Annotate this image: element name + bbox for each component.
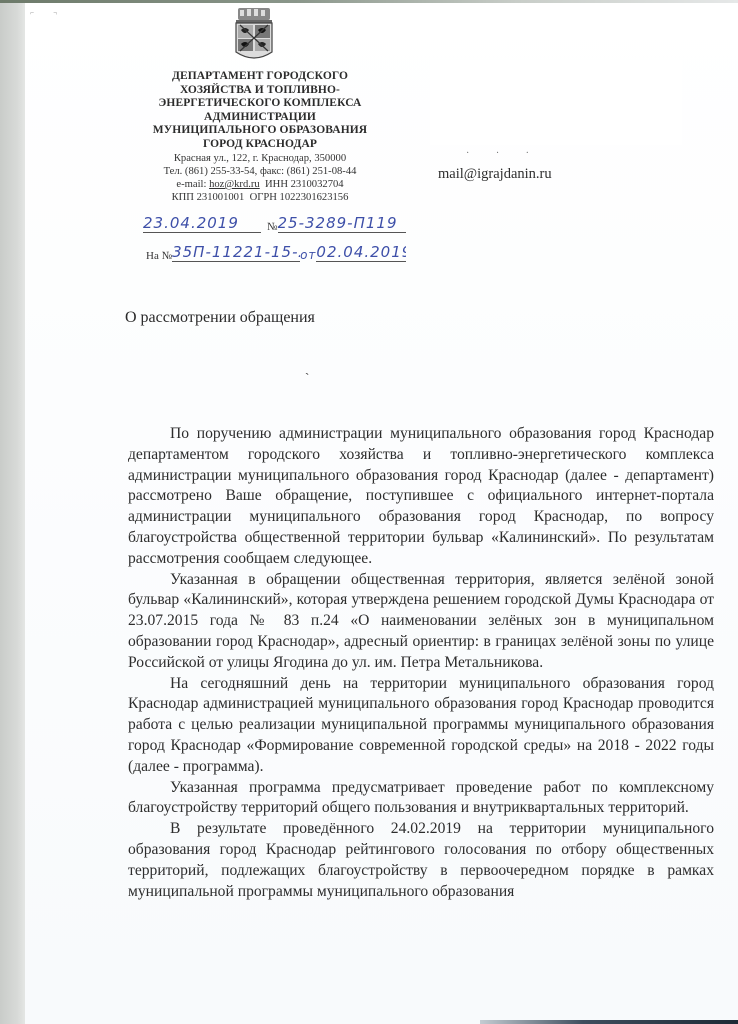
- body-paragraph: В результате проведённого 24.02.2019 на …: [128, 819, 714, 902]
- body-paragraph: Указанная программа предусматривает пров…: [128, 778, 714, 820]
- coat-of-arms-icon: [232, 8, 276, 64]
- reply-reference-line: На № 35П-11221-15-2 от 02.04.2019: [146, 243, 406, 262]
- registration-line: 23.04.2019 № 25-3289-П119: [143, 214, 406, 233]
- org-name-line: МУНИЦИПАЛЬНОГО ОБРАЗОВАНИЯ: [120, 124, 400, 138]
- number-label: №: [267, 221, 278, 233]
- org-name-line: ДЕПАРТАМЕНТ ГОРОДСКОГО: [120, 70, 400, 84]
- org-name-line: АДМИНИСТРАЦИИ: [120, 111, 400, 125]
- registration-number: 25-3289-П119: [278, 214, 406, 233]
- org-email-link[interactable]: hoz@krd.ru: [209, 179, 260, 190]
- scan-corner-marks: ⌐ ¬: [30, 9, 57, 17]
- scan-left-edge: [0, 0, 25, 1024]
- reply-date: 02.04.2019: [316, 243, 406, 262]
- registration-date: 23.04.2019: [143, 214, 261, 233]
- org-ogrn: ОГРН 1022301623156: [250, 192, 349, 203]
- org-address: Красная ул., 122, г. Краснодар, 350000: [120, 152, 400, 165]
- stray-mark: `: [305, 370, 309, 386]
- org-codes: КПП 231001001 ОГРН 1022301623156: [120, 191, 400, 204]
- body-paragraph: По поручению администрации муниципальног…: [128, 424, 714, 570]
- redaction-residue: · · ·: [466, 148, 541, 159]
- org-name-line: ЭНЕРГЕТИЧЕСКОГО КОМПЛЕКСА: [120, 97, 400, 111]
- body-paragraph: На сегодняшний день на территории муници…: [128, 674, 714, 778]
- body-paragraph: Указанная в обращении общественная терри…: [128, 570, 714, 674]
- org-inn: ИНН 2310032704: [265, 179, 344, 190]
- org-name-line: ХОЗЯЙСТВА И ТОПЛИВНО-: [120, 84, 400, 98]
- reply-number: 35П-11221-15-2: [172, 243, 300, 262]
- letter-subject: О рассмотрении обращения: [125, 309, 315, 327]
- letter-body: По поручению администрации муниципальног…: [128, 424, 714, 902]
- scan-bottom-edge: [480, 1020, 738, 1024]
- org-email-line: e-mail: hoz@krd.ru ИНН 2310032704: [120, 178, 400, 191]
- reply-date-label: от: [300, 248, 316, 262]
- org-phones: Тел. (861) 255-33-54, факс: (861) 251-08…: [120, 165, 400, 178]
- org-name-line: ГОРОД КРАСНОДАР: [120, 138, 400, 152]
- email-label: e-mail:: [176, 179, 206, 190]
- org-kpp: КПП 231001001: [172, 192, 245, 203]
- sender-letterhead: ДЕПАРТАМЕНТ ГОРОДСКОГО ХОЗЯЙСТВА И ТОПЛИ…: [120, 70, 400, 204]
- recipient-email: mail@igrajdanin.ru: [438, 166, 552, 183]
- reply-label: На №: [146, 250, 172, 262]
- redacted-recipient-area: [430, 60, 682, 145]
